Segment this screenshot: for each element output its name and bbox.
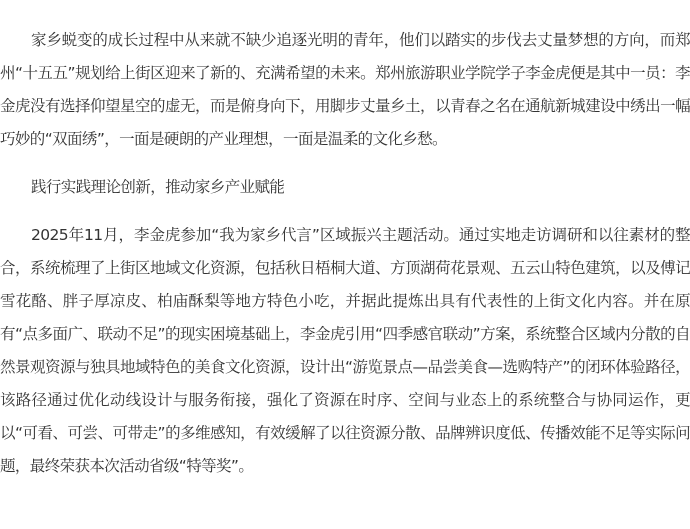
article-body: 家乡蜕变的成长过程中从来就不缺少追逐光明的青年，他们以踏实的步伐去丈量梦想的方向… [0, 0, 690, 483]
section-subheading: 践行实践理论创新，推动家乡产业赋能 [0, 171, 690, 204]
intro-paragraph: 家乡蜕变的成长过程中从来就不缺少追逐光明的青年，他们以踏实的步伐去丈量梦想的方向… [0, 24, 690, 156]
body-paragraph: 2025年11月，李金虎参加“我为家乡代言”区域振兴主题活动。通过实地走访调研和… [0, 219, 690, 483]
